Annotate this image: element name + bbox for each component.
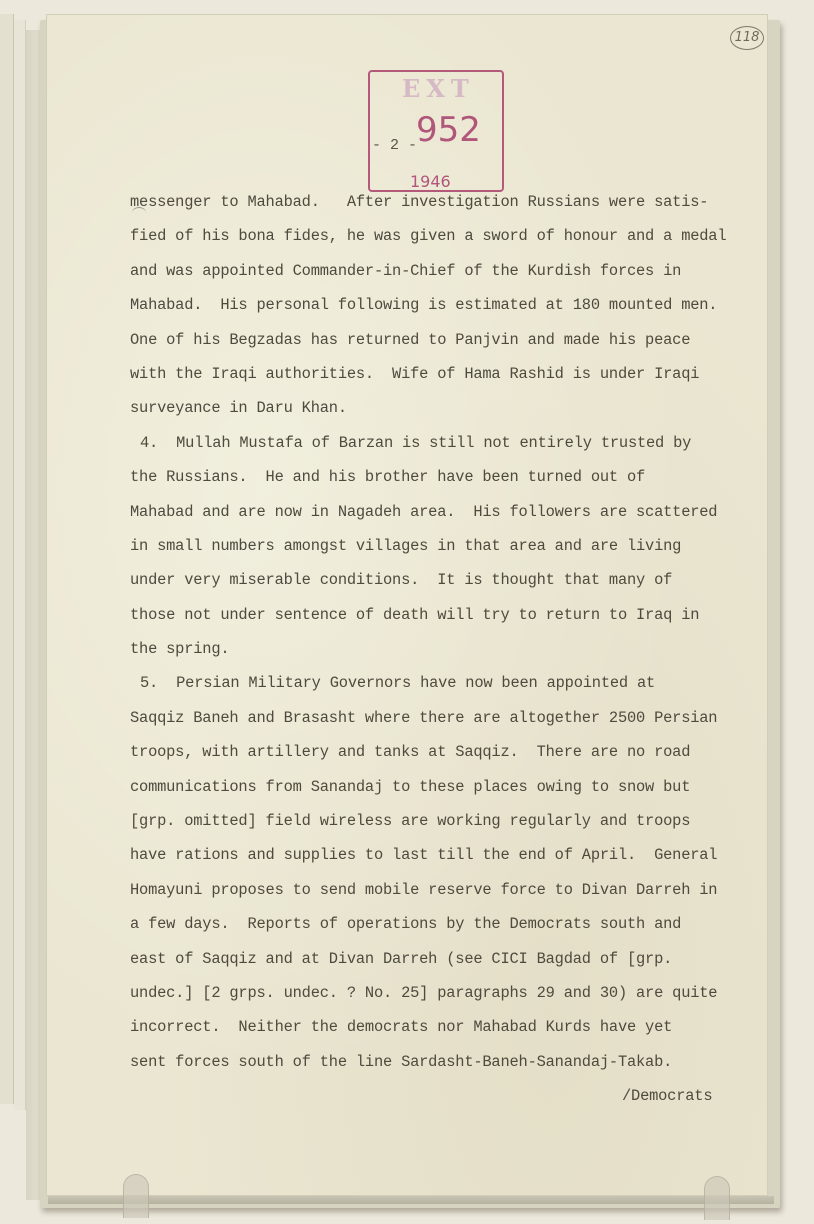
text-line: incorrect. Neither the democrats nor Mah…: [130, 1010, 750, 1044]
paragraph-5-start: 5. Persian Military Governors have now b…: [130, 666, 750, 700]
text-line: the spring.: [130, 632, 750, 666]
page-marker: - 2 -: [372, 137, 417, 154]
text-line: the Russians. He and his brother have be…: [130, 460, 750, 494]
text-line: those not under sentence of death will t…: [130, 598, 750, 632]
text-line: surveyance in Daru Khan.: [130, 391, 750, 425]
text-line: communications from Sanandaj to these pl…: [130, 770, 750, 804]
folio-number: 118: [730, 26, 764, 50]
registry-stamp: EXT 952 1946: [368, 70, 504, 192]
text-line: with the Iraqi authorities. Wife of Hama…: [130, 357, 750, 391]
text-line: Saqqiz Baneh and Brasasht where there ar…: [130, 701, 750, 735]
text-line: [grp. omitted] field wireless are workin…: [130, 804, 750, 838]
text-line: east of Saqqiz and at Divan Darreh (see …: [130, 942, 750, 976]
binding-clip-right: [704, 1176, 730, 1220]
text-line: under very miserable conditions. It is t…: [130, 563, 750, 597]
text-line: have rations and supplies to last till t…: [130, 838, 750, 872]
stamp-header: EXT: [402, 74, 475, 103]
text-line: a few days. Reports of operations by the…: [130, 907, 750, 941]
text-line: fied of his bona fides, he was given a s…: [130, 219, 750, 253]
text-line: Mahabad. His personal following is estim…: [130, 288, 750, 322]
paragraph-4-start: 4. Mullah Mustafa of Barzan is still not…: [130, 426, 750, 460]
adjacent-page-left: [0, 14, 14, 1104]
text-line: Homayuni proposes to send mobile reserve…: [130, 873, 750, 907]
text-line: Mahabad and are now in Nagadeh area. His…: [130, 495, 750, 529]
catchword: /Democrats: [130, 1079, 750, 1113]
text-line: undec.] [2 grps. undec. ? No. 25] paragr…: [130, 976, 750, 1010]
text-line: One of his Begzadas has returned to Panj…: [130, 323, 750, 357]
binding-clip-left: [123, 1174, 149, 1218]
text-line: and was appointed Commander-in-Chief of …: [130, 254, 750, 288]
text-line: sent forces south of the line Sardasht-B…: [130, 1045, 750, 1079]
typed-text-body: messenger to Mahabad. After investigatio…: [130, 185, 750, 1114]
text-line: in small numbers amongst villages in tha…: [130, 529, 750, 563]
page-stack-edge: [48, 1196, 774, 1204]
text-line: messenger to Mahabad. After investigatio…: [130, 185, 750, 219]
text-line: troops, with artillery and tanks at Saqq…: [130, 735, 750, 769]
stamp-number: 952: [416, 110, 481, 150]
adjacent-page-edge: [14, 20, 26, 1110]
